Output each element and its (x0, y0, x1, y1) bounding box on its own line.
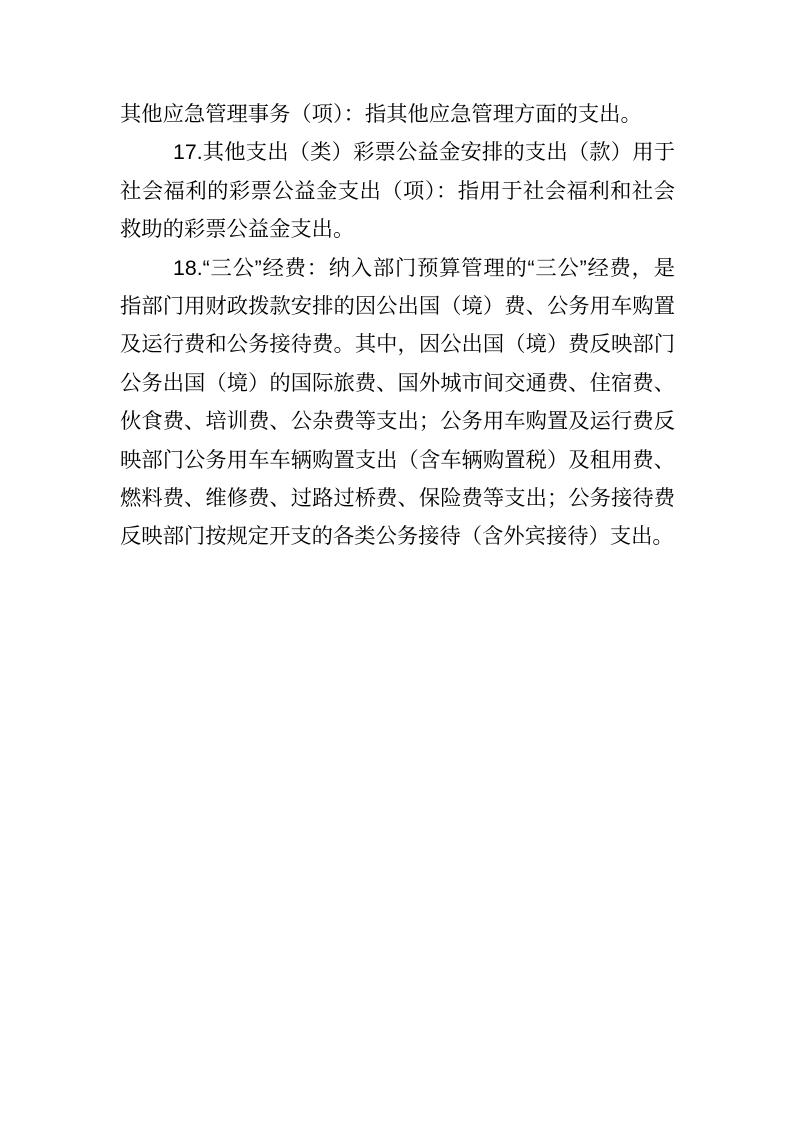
paragraph-item-17: 17.其他支出（类）彩票公益金安排的支出（款）用于社会福利的彩票公益金支出（项）… (120, 133, 675, 248)
document-page: 其他应急管理事务（项）：指其他应急管理方面的支出。 17.其他支出（类）彩票公益… (0, 0, 794, 1122)
paragraph-item-18: 18.“三公”经费：纳入部门预算管理的“三公”经费，是指部门用财政拨款安排的因公… (120, 249, 675, 556)
paragraph-continuation: 其他应急管理事务（项）：指其他应急管理方面的支出。 (120, 95, 675, 133)
